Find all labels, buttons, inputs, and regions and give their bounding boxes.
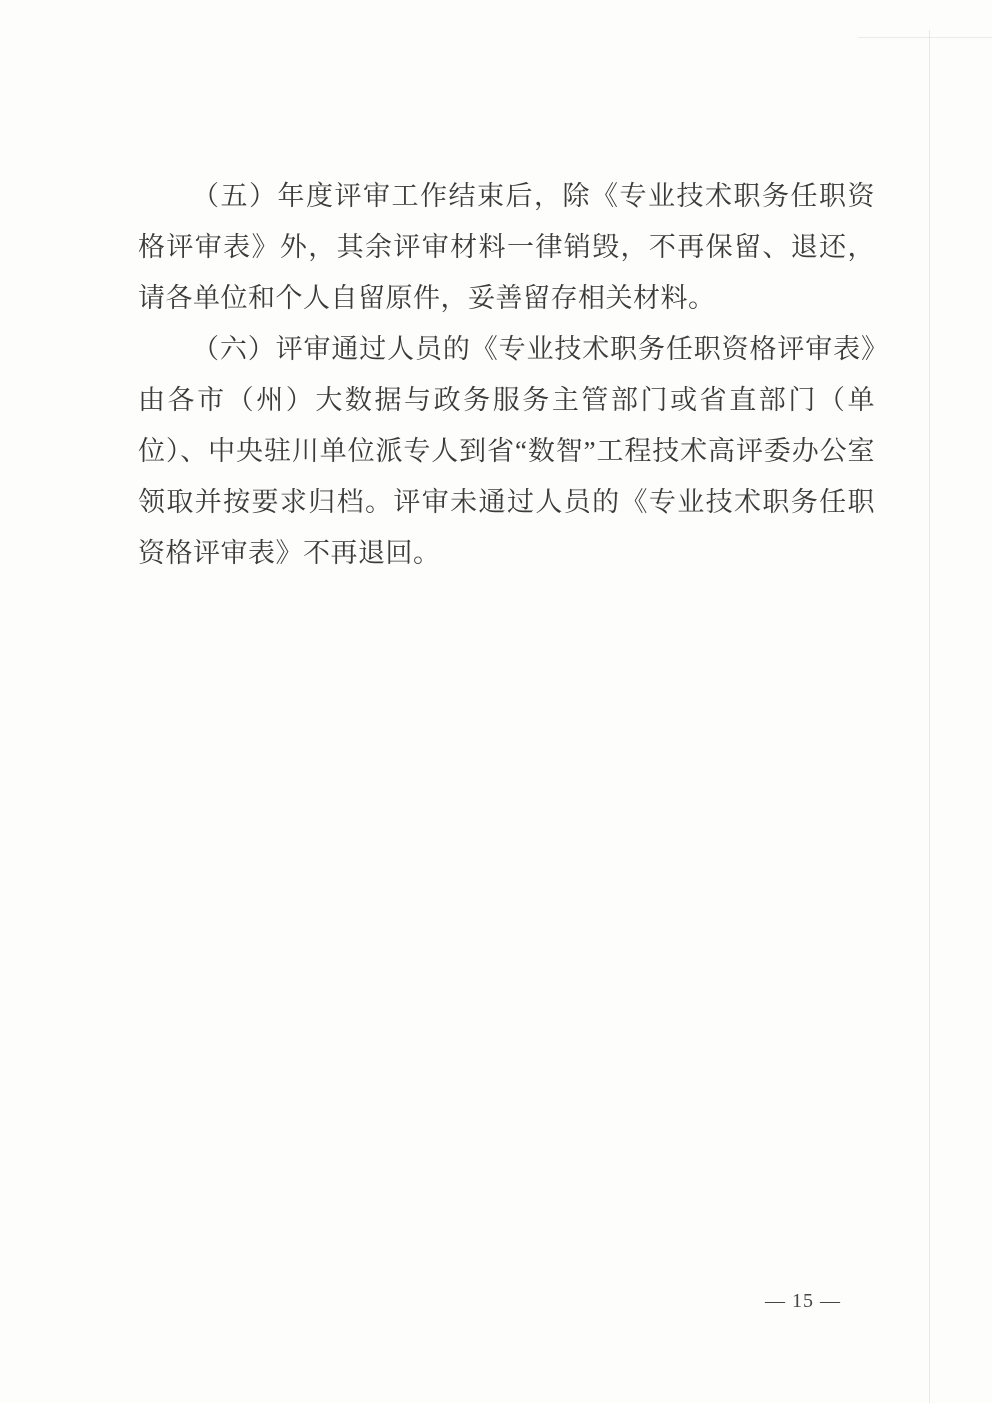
page-number: — 15 — [748,1290,858,1313]
paragraph-item-6: （六）评审通过人员的《专业技术职务任职资格评审表》由各市（州）大数据与政务服务主… [138,324,875,579]
scan-artifact-horizontal-line [858,37,992,38]
body-text-block: （五）年度评审工作结束后，除《专业技术职务任职资格评审表》外，其余评审材料一律销… [138,171,875,579]
scan-artifact-vertical-line [929,30,930,1403]
paragraph-item-5: （五）年度评审工作结束后，除《专业技术职务任职资格评审表》外，其余评审材料一律销… [138,171,875,324]
document-page: （五）年度评审工作结束后，除《专业技术职务任职资格评审表》外，其余评审材料一律销… [0,0,992,1403]
